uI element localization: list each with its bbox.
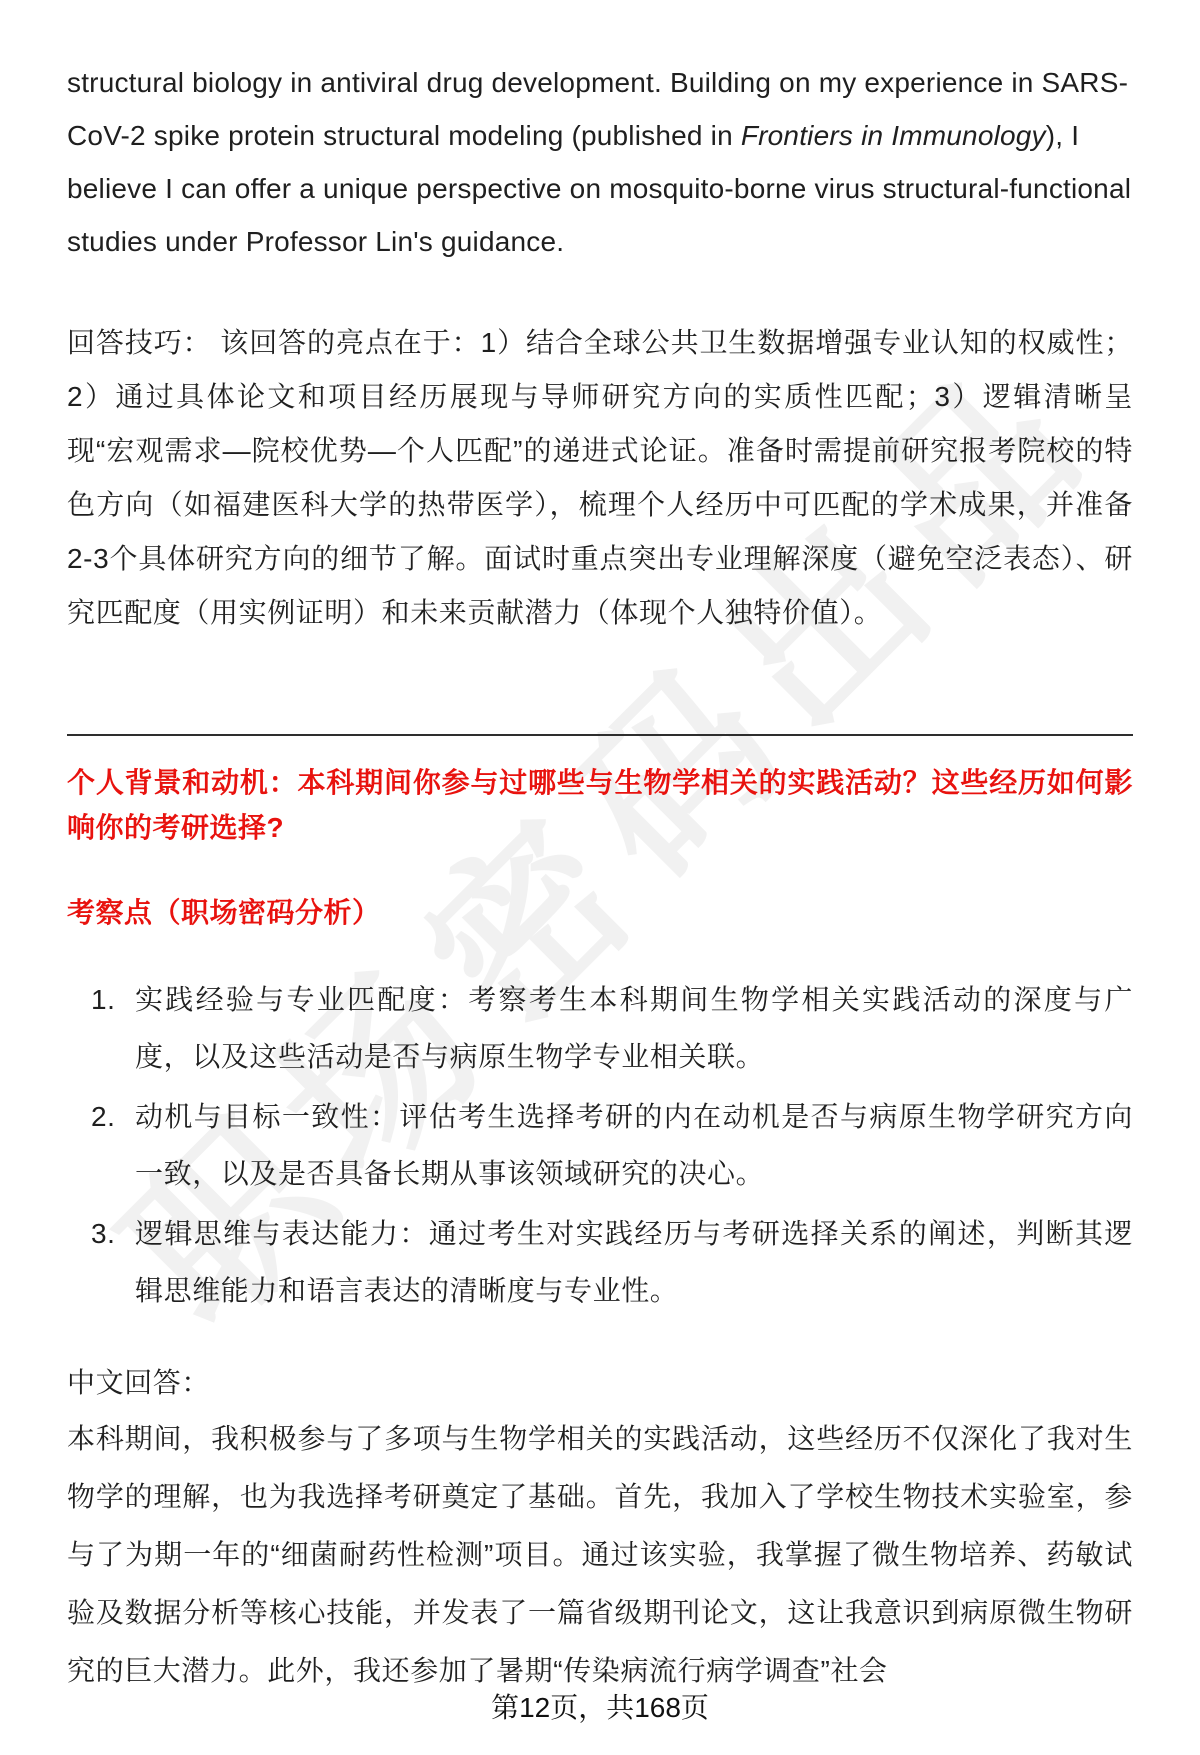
list-item-text: 实践经验与专业匹配度：考察考生本科期间生物学相关实践活动的深度与广度，以及这些活… xyxy=(135,971,1133,1085)
document-page: 职场密码出品 structural biology in antiviral d… xyxy=(0,0,1200,1755)
page-content: structural biology in antiviral drug dev… xyxy=(0,56,1200,1700)
list-item-number: 1. xyxy=(91,971,135,1028)
list-item-number: 3. xyxy=(91,1205,135,1262)
answer-tips-paragraph: 回答技巧： 该回答的亮点在于：1）结合全球公共卫生数据增强专业认知的权威性；2）… xyxy=(67,316,1133,640)
list-item: 2. 动机与目标一致性：评估考生选择考研的内在动机是否与病原生物学研究方向一致，… xyxy=(67,1088,1133,1202)
list-item: 3. 逻辑思维与表达能力：通过考生对实践经历与考研选择关系的阐述，判断其逻辑思维… xyxy=(67,1205,1133,1319)
english-answer-paragraph: structural biology in antiviral drug dev… xyxy=(67,56,1133,268)
list-item-number: 2. xyxy=(91,1088,135,1145)
section-divider xyxy=(67,734,1133,736)
list-item-text: 逻辑思维与表达能力：通过考生对实践经历与考研选择关系的阐述，判断其逻辑思维能力和… xyxy=(135,1205,1133,1319)
list-item: 1. 实践经验与专业匹配度：考察考生本科期间生物学相关实践活动的深度与广度，以及… xyxy=(67,971,1133,1085)
chinese-answer-paragraph: 本科期间，我积极参与了多项与生物学相关的实践活动，这些经历不仅深化了我对生物学的… xyxy=(67,1410,1133,1700)
analysis-heading: 考察点（职场密码分析） xyxy=(67,890,1133,935)
question-heading: 个人背景和动机：本科期间你参与过哪些与生物学相关的实践活动？这些经历如何影响你的… xyxy=(67,760,1133,850)
journal-name-italic: Frontiers in Immunology xyxy=(741,120,1046,151)
list-item-text: 动机与目标一致性：评估考生选择考研的内在动机是否与病原生物学研究方向一致，以及是… xyxy=(135,1088,1133,1202)
analysis-points-list: 1. 实践经验与专业匹配度：考察考生本科期间生物学相关实践活动的深度与广度，以及… xyxy=(67,971,1133,1319)
chinese-answer-label: 中文回答： xyxy=(67,1355,1133,1410)
page-number-footer: 第12页，共168页 xyxy=(0,1686,1200,1730)
